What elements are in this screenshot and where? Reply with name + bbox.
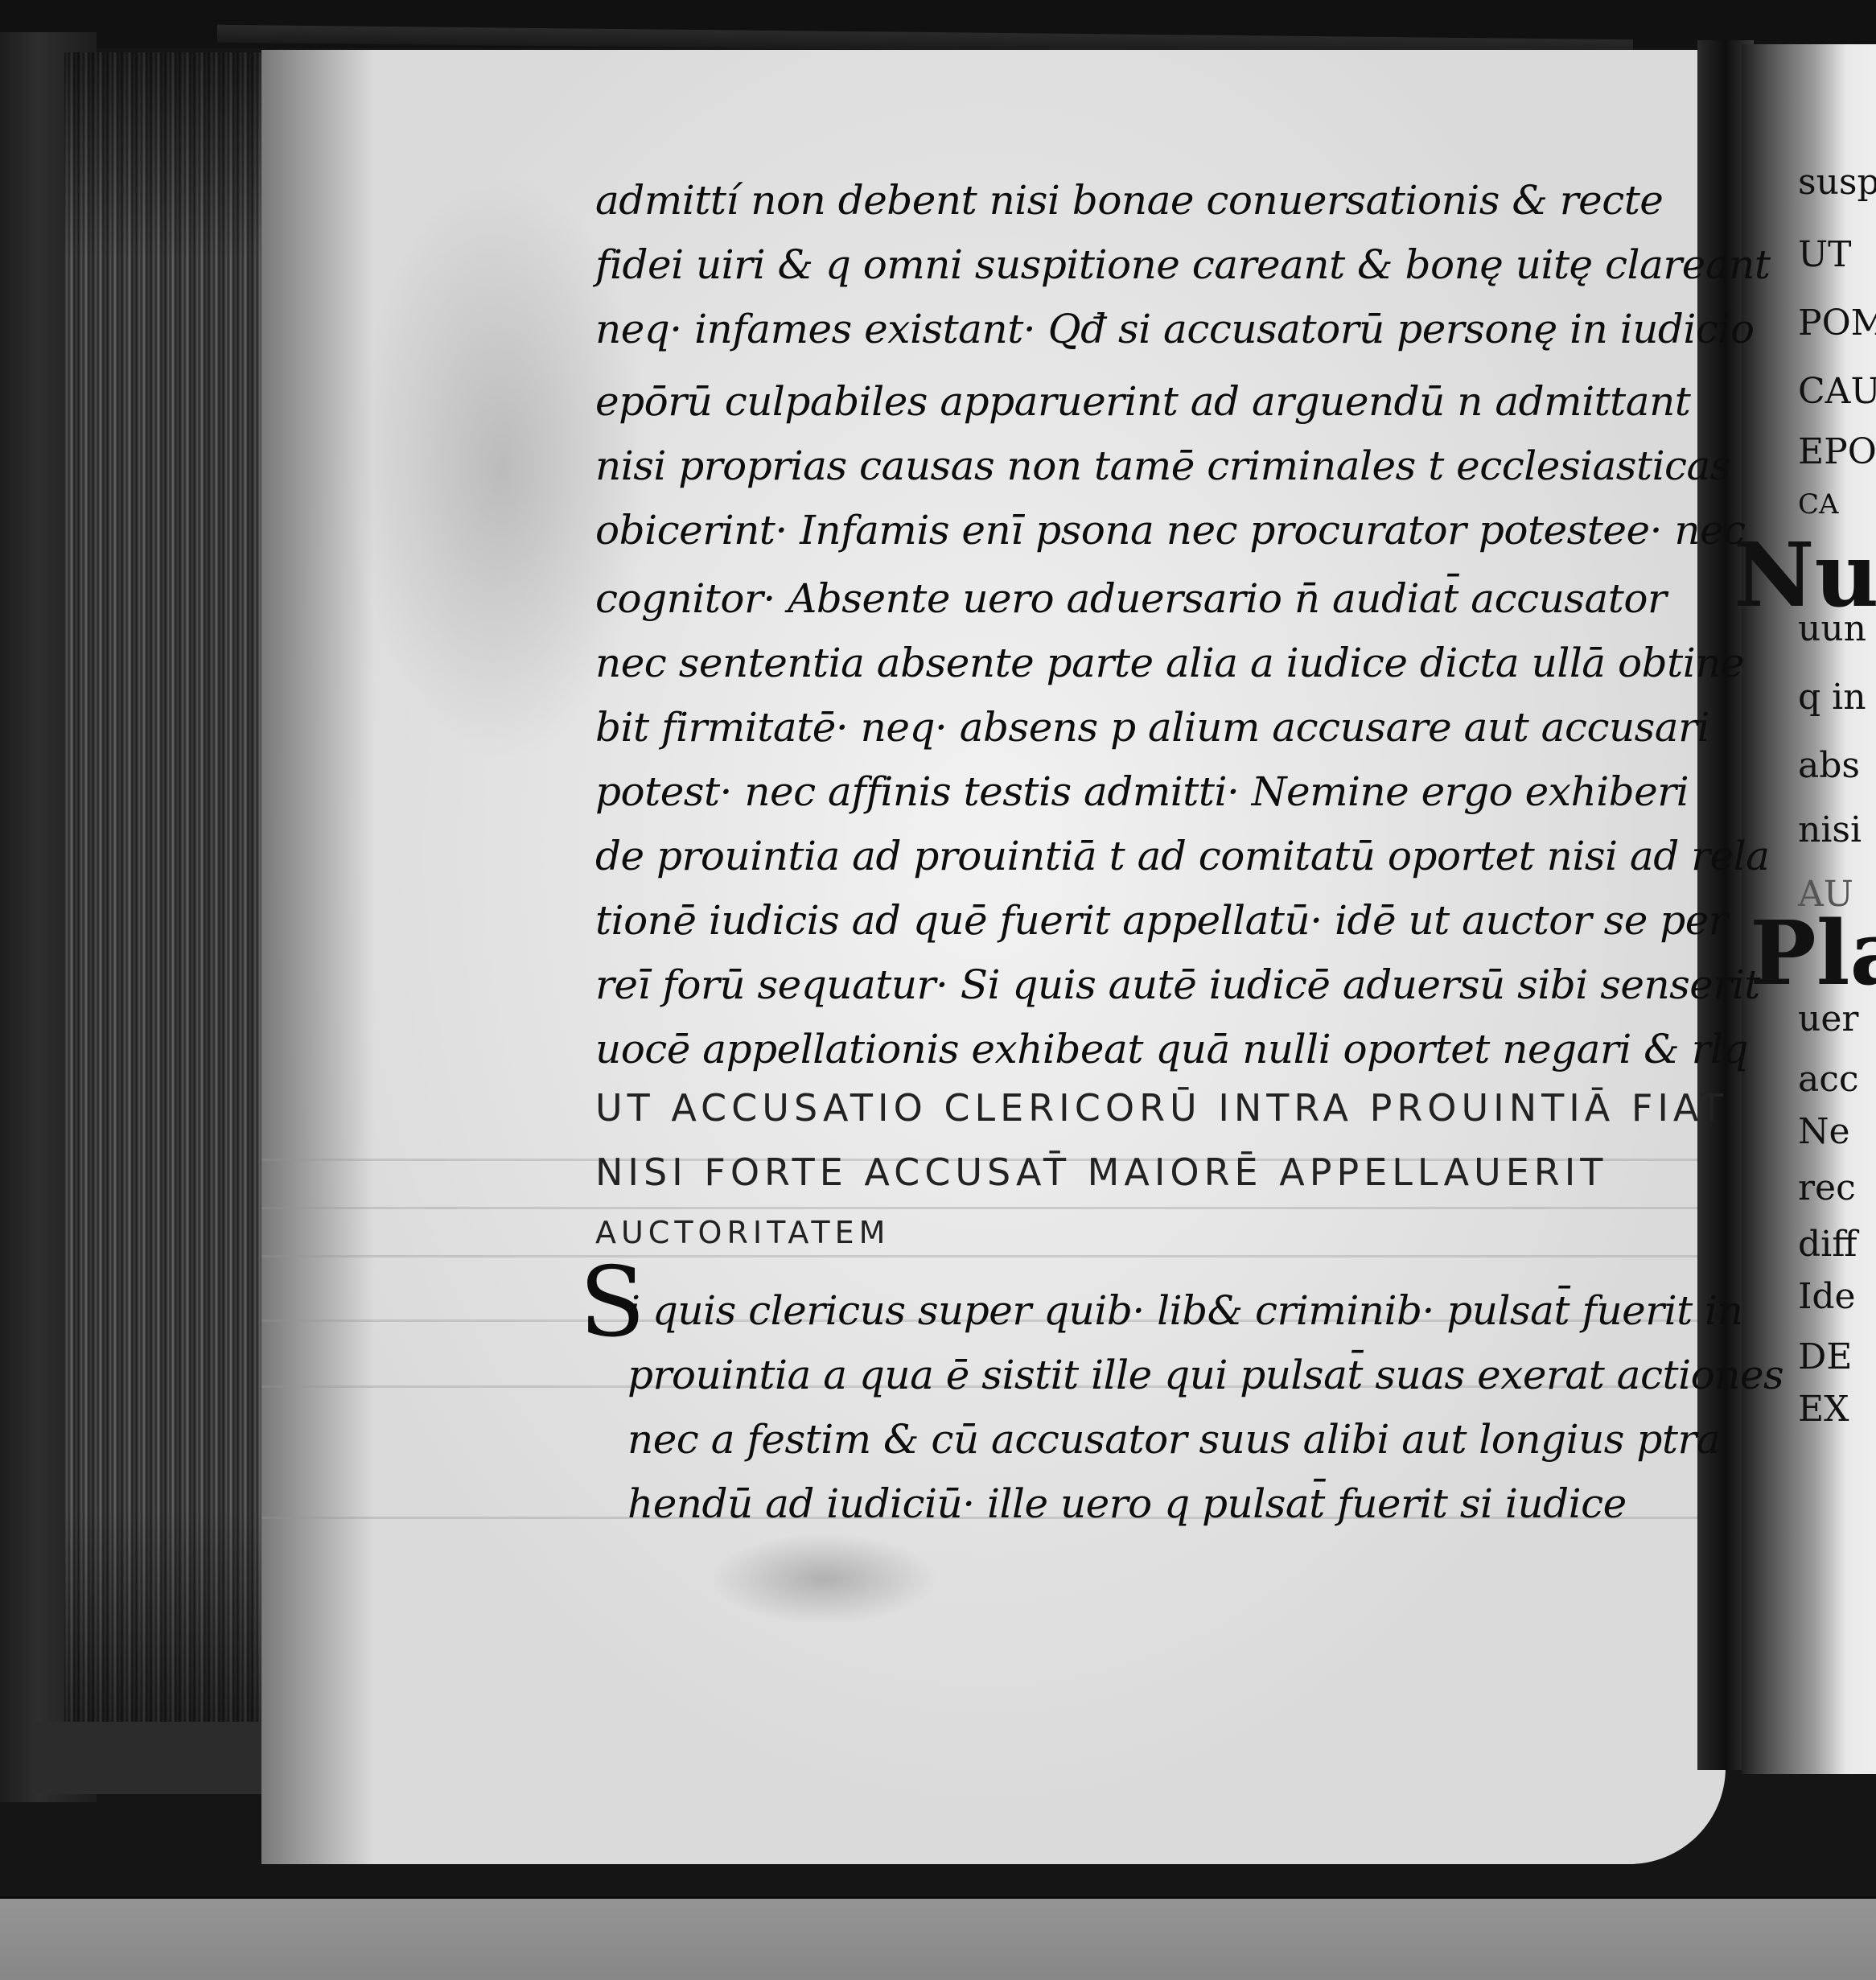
right-line: nisi xyxy=(1798,813,1862,848)
right-line: EX xyxy=(1798,1392,1849,1427)
text-line: uocē appellationis exhibeat quā nulli op… xyxy=(595,1026,1748,1072)
book-bottom-corner xyxy=(32,1722,298,1794)
ruling-line xyxy=(261,1207,1726,1209)
right-line: q in xyxy=(1798,680,1866,715)
right-line: abs xyxy=(1798,748,1860,784)
text-line: hendū ad iudiciū· ille uero q pulsat̄ fu… xyxy=(627,1480,1627,1527)
text-line: bit firmitatē· neq· absens p alium accus… xyxy=(595,704,1709,751)
text-line: reī forū sequatur· Si quis autē iudicē a… xyxy=(595,961,1760,1008)
initial-P: Plac xyxy=(1750,901,1876,1005)
rubric-line: NISI FORTE ACCUSAT̄ MAIORĒ APPELLAUERIT xyxy=(595,1151,1607,1194)
text-line: de prouintia ad prouintiā t ad comitatū … xyxy=(595,833,1769,879)
right-line: CA xyxy=(1798,491,1839,518)
right-line: CAU xyxy=(1798,374,1876,410)
ruling-line xyxy=(261,1255,1726,1258)
right-line: UT xyxy=(1798,237,1851,273)
text-line: neq· infames existant· Qđ si accusatorū … xyxy=(595,306,1755,352)
rubric-line: AUCTORITATEM xyxy=(595,1215,890,1250)
text-line: obicerint· Infamis enī psona nec procura… xyxy=(595,507,1746,554)
text-line: cognitor· Absente uero aduersario n̄ aud… xyxy=(595,575,1666,622)
fore-edge-shade xyxy=(64,52,265,1766)
right-line-initial: Null xyxy=(1734,531,1876,620)
left-page-shadow xyxy=(261,50,374,1864)
right-line: DE xyxy=(1798,1340,1852,1375)
right-line: uun xyxy=(1798,611,1866,647)
manuscript-scene: susp UT POM CAU EPO CA Null uun q in abs… xyxy=(0,0,1876,1896)
right-line: susp xyxy=(1798,165,1876,200)
text-line: nec sententia absente parte alia a iudic… xyxy=(595,640,1744,686)
text-line: prouintia a qua ē sistit ille qui pulsat… xyxy=(627,1352,1783,1398)
text-line: admittí non debent nisi bonae conuersati… xyxy=(595,177,1663,224)
rubric-line: UT ACCUSATIO CLERICORŪ INTRA PROUINTIĀ F… xyxy=(595,1086,1728,1130)
text-line: nisi proprias causas non tamē criminales… xyxy=(595,443,1730,489)
right-line: rec xyxy=(1798,1171,1856,1206)
right-line: EPO xyxy=(1798,434,1876,470)
text-line: fidei uiri & q omni suspitione careant &… xyxy=(595,241,1770,288)
text-line: tionē iudicis ad quē fuerit appellatū· i… xyxy=(595,897,1727,944)
right-line-initial: Plac xyxy=(1750,909,1876,998)
bottom-gray-bar xyxy=(0,1896,1876,1980)
right-line: Ne xyxy=(1798,1114,1850,1150)
right-line: acc xyxy=(1798,1062,1859,1097)
right-line: Ide xyxy=(1798,1279,1856,1315)
text-line: nec a festim & cū accusator suus alibi a… xyxy=(627,1416,1720,1463)
text-line: i quis clericus super quib· lib& crimini… xyxy=(627,1287,1742,1334)
right-line: diff xyxy=(1798,1227,1857,1262)
right-line: uer xyxy=(1798,1002,1858,1037)
text-line: potest· nec affinis testis admitti· Nemi… xyxy=(595,768,1689,815)
text-line: epōrū culpabiles apparuerint ad arguendū… xyxy=(595,378,1690,425)
right-line: POM xyxy=(1798,306,1876,341)
